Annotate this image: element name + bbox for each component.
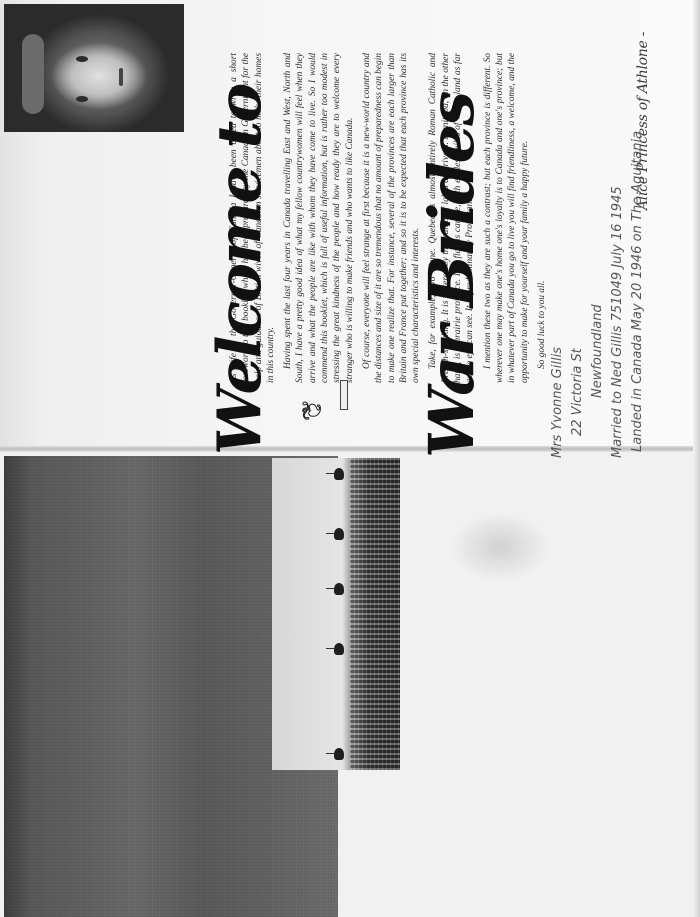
note-line: Mrs Yvonne Gillis: [548, 131, 568, 458]
paragraph: Of course, everyone will feel strange at…: [361, 53, 422, 383]
portrait-photo: [4, 4, 184, 132]
scan-edge-right: [693, 0, 700, 917]
tree-icon: [334, 468, 344, 480]
handwritten-note: Mrs Yvonne Gillis 22 Victoria St Newfoun…: [548, 131, 648, 458]
emblem-bar-icon: [340, 380, 348, 410]
cover-page: [0, 452, 700, 917]
note-line: Landed in Canada May 20 1946 on The Aqui…: [628, 131, 648, 458]
tree-icon: [334, 748, 344, 760]
tree-icon: [334, 643, 344, 655]
portrait-eye: [76, 56, 88, 62]
tree-icon: [334, 528, 344, 540]
cover-title-war-brides: War Brides: [415, 93, 488, 458]
foreword-text: As wife of the Governor-General of Canad…: [228, 53, 553, 383]
portrait-eye: [76, 96, 88, 102]
portrait-mouth: [119, 68, 123, 86]
cover-title-welcome: Welcome to: [205, 85, 275, 455]
prairie-photo: [272, 458, 400, 770]
paragraph: Having spent the last four years in Cana…: [282, 53, 356, 383]
paper-stain: [450, 512, 550, 582]
maple-leaf-icon: ❦: [298, 399, 328, 421]
note-line: Newfoundland: [588, 131, 608, 458]
note-line: Married to Ned Gillis 751049 July 16 194…: [608, 131, 628, 458]
paragraph: I mention these two as they are such a c…: [482, 53, 531, 383]
closing-line: So good luck to you all.: [536, 53, 548, 383]
tree-icon: [334, 583, 344, 595]
note-line: 22 Victoria St: [568, 131, 588, 458]
portrait-hair: [22, 34, 44, 114]
